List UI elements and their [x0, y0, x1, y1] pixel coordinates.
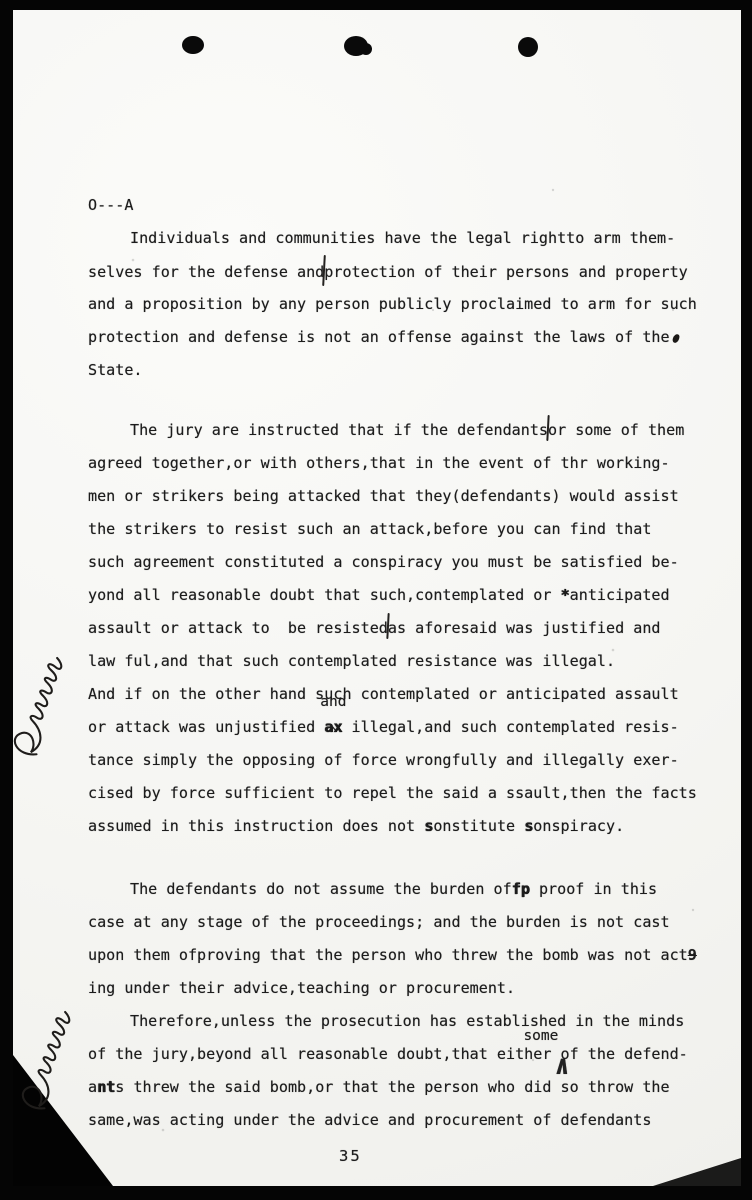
ink-blot — [671, 333, 680, 344]
text-line: assumed in this instruction does not son… — [88, 810, 728, 843]
text-segment: anticipated — [570, 586, 670, 604]
text-line: and a proposition by any person publicly… — [88, 288, 728, 321]
text-segment: assault or attack to be resisted — [88, 619, 388, 637]
text-segment: The jury are instructed that if the defe… — [130, 421, 548, 439]
handwritten-caret-mark: ∧ — [553, 1049, 573, 1082]
text-line: Individuals and communities have the leg… — [88, 222, 728, 255]
text-segment: protection of their persons and property — [324, 263, 688, 281]
text-line: selves for the defense andprotection of … — [88, 255, 728, 288]
text-segment: assumed in this instruction does not — [88, 817, 424, 835]
text-segment: selves for the defense and — [88, 263, 324, 281]
text-segment: The defendants do not assume the burden … — [130, 880, 512, 898]
text-line: The jury are instructed that if the defe… — [88, 414, 728, 447]
text-line: men or strikers being attacked that they… — [88, 480, 728, 513]
text-line: ants threw the said bomb,or that the per… — [88, 1071, 728, 1104]
text-segment: proof in this — [530, 880, 657, 898]
punch-hole-icon — [360, 43, 372, 55]
text-line: The defendants do not assume the burden … — [88, 873, 728, 906]
text-segment: a — [88, 1078, 97, 1096]
text-line: case at any stage of the proceedings; an… — [88, 906, 728, 939]
punch-hole-icon — [182, 36, 204, 54]
text-segment: or attack was unjustified — [88, 718, 324, 736]
text-line: assault or attack to be resistedas afore… — [88, 612, 728, 645]
correction-group: axand^ — [324, 711, 342, 744]
text-line: And if on the other hand such contemplat… — [88, 678, 728, 711]
header-code: O---A — [88, 189, 728, 222]
text-line: the strikers to resist such an attack,be… — [88, 513, 728, 546]
scanned-document-photo: O---A Individuals and communities have t… — [0, 0, 752, 1200]
text-segment: upon them ofproving that the person who … — [88, 946, 688, 964]
overstruck-characters: fp — [512, 880, 530, 898]
text-line: cised by force sufficient to repel the s… — [88, 777, 728, 810]
text-line: such agreement constituted a conspiracy … — [88, 546, 728, 579]
caret-mark: ^ — [328, 725, 336, 741]
typewritten-text: O---A Individuals and communities have t… — [88, 189, 728, 1137]
text-segment: protection and defense is not an offense… — [88, 328, 670, 346]
text-line: law ful,and that such contemplated resis… — [88, 645, 728, 678]
punch-hole-icon — [518, 37, 538, 57]
text-segment: s threw the said bomb,or that the person… — [115, 1078, 669, 1096]
struck-character: 9 — [688, 946, 697, 964]
typed-insertion: and — [320, 694, 346, 711]
document-page: O---A Individuals and communities have t… — [13, 10, 741, 1186]
overstruck-character: * — [561, 586, 570, 604]
overstruck-character: s — [524, 817, 533, 835]
text-line: same,was acting under the advice and pro… — [88, 1104, 728, 1137]
typed-insertion: some — [523, 1028, 558, 1044]
text-segment: illegal,and such contemplated resis- — [342, 718, 678, 736]
overstruck-characters: nt — [97, 1078, 115, 1096]
text-segment: as aforesaid was justified and — [388, 619, 661, 637]
text-line: upon them ofproving that the person who … — [88, 939, 728, 972]
text-segment: yond all reasonable doubt that such,cont… — [88, 586, 561, 604]
text-line: protection and defense is not an offense… — [88, 321, 728, 354]
text-line: State. — [88, 354, 728, 387]
text-line: Therefore,unless the prosecution has est… — [88, 1005, 728, 1038]
text-line: tance simply the opposing of force wrong… — [88, 744, 728, 777]
page-number: 35 — [339, 1147, 362, 1165]
text-line: of the jury,beyond all reasonable doubt,… — [88, 1038, 728, 1071]
overstruck-character: s — [424, 817, 433, 835]
margin-annotation-given — [20, 1008, 78, 1111]
margin-annotation-given — [13, 654, 70, 757]
text-line: ing under their advice,teaching or procu… — [88, 972, 728, 1005]
text-segment: of the jury,beyond all reasonable doubt,… — [88, 1045, 551, 1063]
text-line: yond all reasonable doubt that such,cont… — [88, 579, 728, 612]
punch-hole-icon — [344, 36, 368, 56]
text-segment: or some of them — [548, 421, 684, 439]
text-segment: onstitute — [433, 817, 524, 835]
page-corner-shadow — [653, 1158, 741, 1186]
text-segment: onspiracy. — [533, 817, 624, 835]
text-line: agreed together,or with others,that in t… — [88, 447, 728, 480]
text-line: or attack was unjustified axand^ illegal… — [88, 711, 728, 744]
